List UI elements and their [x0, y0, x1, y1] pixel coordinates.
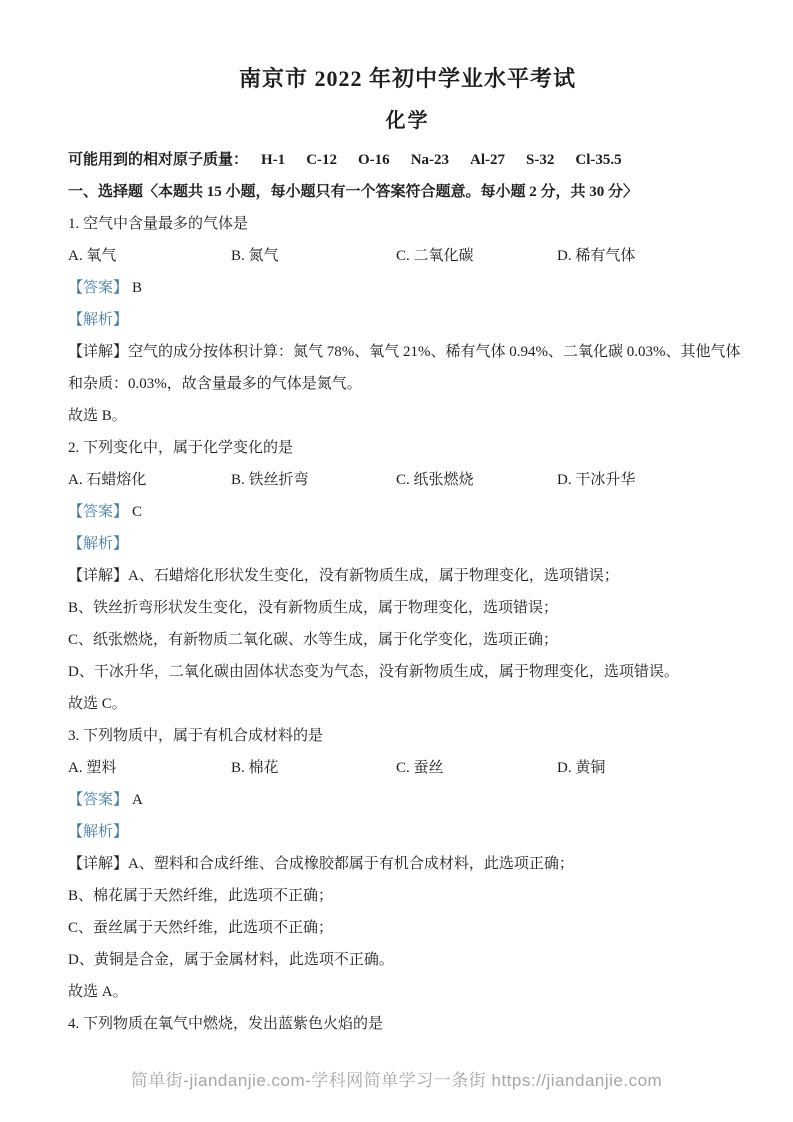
atomic-mass-value: Cl-35.5: [575, 144, 621, 176]
exam-body: 可能用到的相对原子质量： H-1 C-12 O-16 Na-23 Al-27 S…: [68, 144, 747, 1040]
detail-line-d: D、干冰升华，二氧化碳由固体状态变为气态，没有新物质生成，属于物理变化，选项错误…: [68, 656, 747, 688]
detail-line-a: 【详解】A、石蜡熔化形状发生变化，没有新物质生成，属于物理变化，选项错误；: [68, 560, 747, 592]
atomic-mass-value: C-12: [306, 144, 337, 176]
atomic-mass-value: Al-27: [470, 144, 505, 176]
question-stem: 3. 下列物质中，属于有机合成材料的是: [68, 720, 747, 752]
conclusion-line: 故选 C。: [68, 688, 747, 720]
exam-document: 南京市 2022 年初中学业水平考试 化学 可能用到的相对原子质量： H-1 C…: [0, 0, 793, 1040]
question-stem: 4. 下列物质在氧气中燃烧，发出蓝紫色火焰的是: [68, 1008, 747, 1040]
question-2: 2. 下列变化中，属于化学变化的是 A. 石蜡熔化 B. 铁丝折弯 C. 纸张燃…: [68, 432, 747, 720]
question-options: A. 氧气 B. 氮气 C. 二氧化碳 D. 稀有气体: [68, 240, 747, 272]
answer-label: 【答案】: [68, 504, 128, 520]
option-a: A. 石蜡熔化: [68, 464, 231, 496]
analysis-label: 【解析】: [68, 824, 128, 840]
option-d: D. 黄铜: [557, 752, 747, 784]
detail-line-b: B、铁丝折弯形状发生变化，没有新物质生成，属于物理变化，选项错误；: [68, 592, 747, 624]
conclusion-line: 故选 B。: [68, 400, 747, 432]
conclusion-line: 故选 A。: [68, 976, 747, 1008]
question-options: A. 石蜡熔化 B. 铁丝折弯 C. 纸张燃烧 D. 干冰升华: [68, 464, 747, 496]
atomic-mass-line: 可能用到的相对原子质量： H-1 C-12 O-16 Na-23 Al-27 S…: [68, 144, 747, 176]
detail-line-c: C、纸张燃烧，有新物质二氧化碳、水等生成，属于化学变化，选项正确；: [68, 624, 747, 656]
detail-paragraph: 【详解】空气的成分按体积计算：氮气 78%、氧气 21%、稀有气体 0.94%、…: [68, 336, 747, 400]
option-d: D. 干冰升华: [557, 464, 747, 496]
atomic-mass-value: Na-23: [411, 144, 449, 176]
analysis-line: 【解析】: [68, 816, 747, 848]
answer-value: C: [132, 504, 142, 520]
question-options: A. 塑料 B. 棉花 C. 蚕丝 D. 黄铜: [68, 752, 747, 784]
answer-label: 【答案】: [68, 280, 128, 296]
answer-value: B: [132, 280, 142, 296]
analysis-line: 【解析】: [68, 304, 747, 336]
detail-line-d: D、黄铜是合金，属于金属材料，此选项不正确。: [68, 944, 747, 976]
exam-subject: 化学: [68, 107, 747, 135]
answer-line: 【答案】C: [68, 496, 747, 528]
detail-line-b: B、棉花属于天然纤维，此选项不正确；: [68, 880, 747, 912]
analysis-line: 【解析】: [68, 528, 747, 560]
option-c: C. 蚕丝: [396, 752, 557, 784]
atomic-mass-label: 可能用到的相对原子质量：: [68, 144, 248, 176]
exam-title: 南京市 2022 年初中学业水平考试: [68, 64, 747, 94]
answer-value: A: [132, 792, 143, 808]
option-b: B. 棉花: [231, 752, 396, 784]
question-4: 4. 下列物质在氧气中燃烧，发出蓝紫色火焰的是: [68, 1008, 747, 1040]
question-stem: 1. 空气中含量最多的气体是: [68, 208, 747, 240]
answer-label: 【答案】: [68, 792, 128, 808]
detail-line-a: 【详解】A、塑料和合成纤维、合成橡胶都属于有机合成材料，此选项正确；: [68, 848, 747, 880]
atomic-mass-value: O-16: [358, 144, 390, 176]
detail-line-c: C、蚕丝属于天然纤维，此选项不正确；: [68, 912, 747, 944]
question-3: 3. 下列物质中，属于有机合成材料的是 A. 塑料 B. 棉花 C. 蚕丝 D.…: [68, 720, 747, 1008]
option-b: B. 铁丝折弯: [231, 464, 396, 496]
answer-line: 【答案】A: [68, 784, 747, 816]
section-header: 一、选择题〈本题共 15 小题，每小题只有一个答案符合题意。每小题 2 分，共 …: [68, 176, 747, 208]
option-c: C. 纸张燃烧: [396, 464, 557, 496]
option-a: A. 塑料: [68, 752, 231, 784]
option-d: D. 稀有气体: [557, 240, 747, 272]
answer-line: 【答案】B: [68, 272, 747, 304]
question-stem: 2. 下列变化中，属于化学变化的是: [68, 432, 747, 464]
atomic-mass-value: S-32: [526, 144, 554, 176]
atomic-mass-value: H-1: [261, 144, 285, 176]
option-c: C. 二氧化碳: [396, 240, 557, 272]
analysis-label: 【解析】: [68, 536, 128, 552]
footer-watermark: 简单街-jiandanjie.com-学科网简单学习一条街 https://ji…: [0, 1066, 793, 1091]
option-a: A. 氧气: [68, 240, 231, 272]
question-1: 1. 空气中含量最多的气体是 A. 氧气 B. 氮气 C. 二氧化碳 D. 稀有…: [68, 208, 747, 432]
analysis-label: 【解析】: [68, 312, 128, 328]
option-b: B. 氮气: [231, 240, 396, 272]
